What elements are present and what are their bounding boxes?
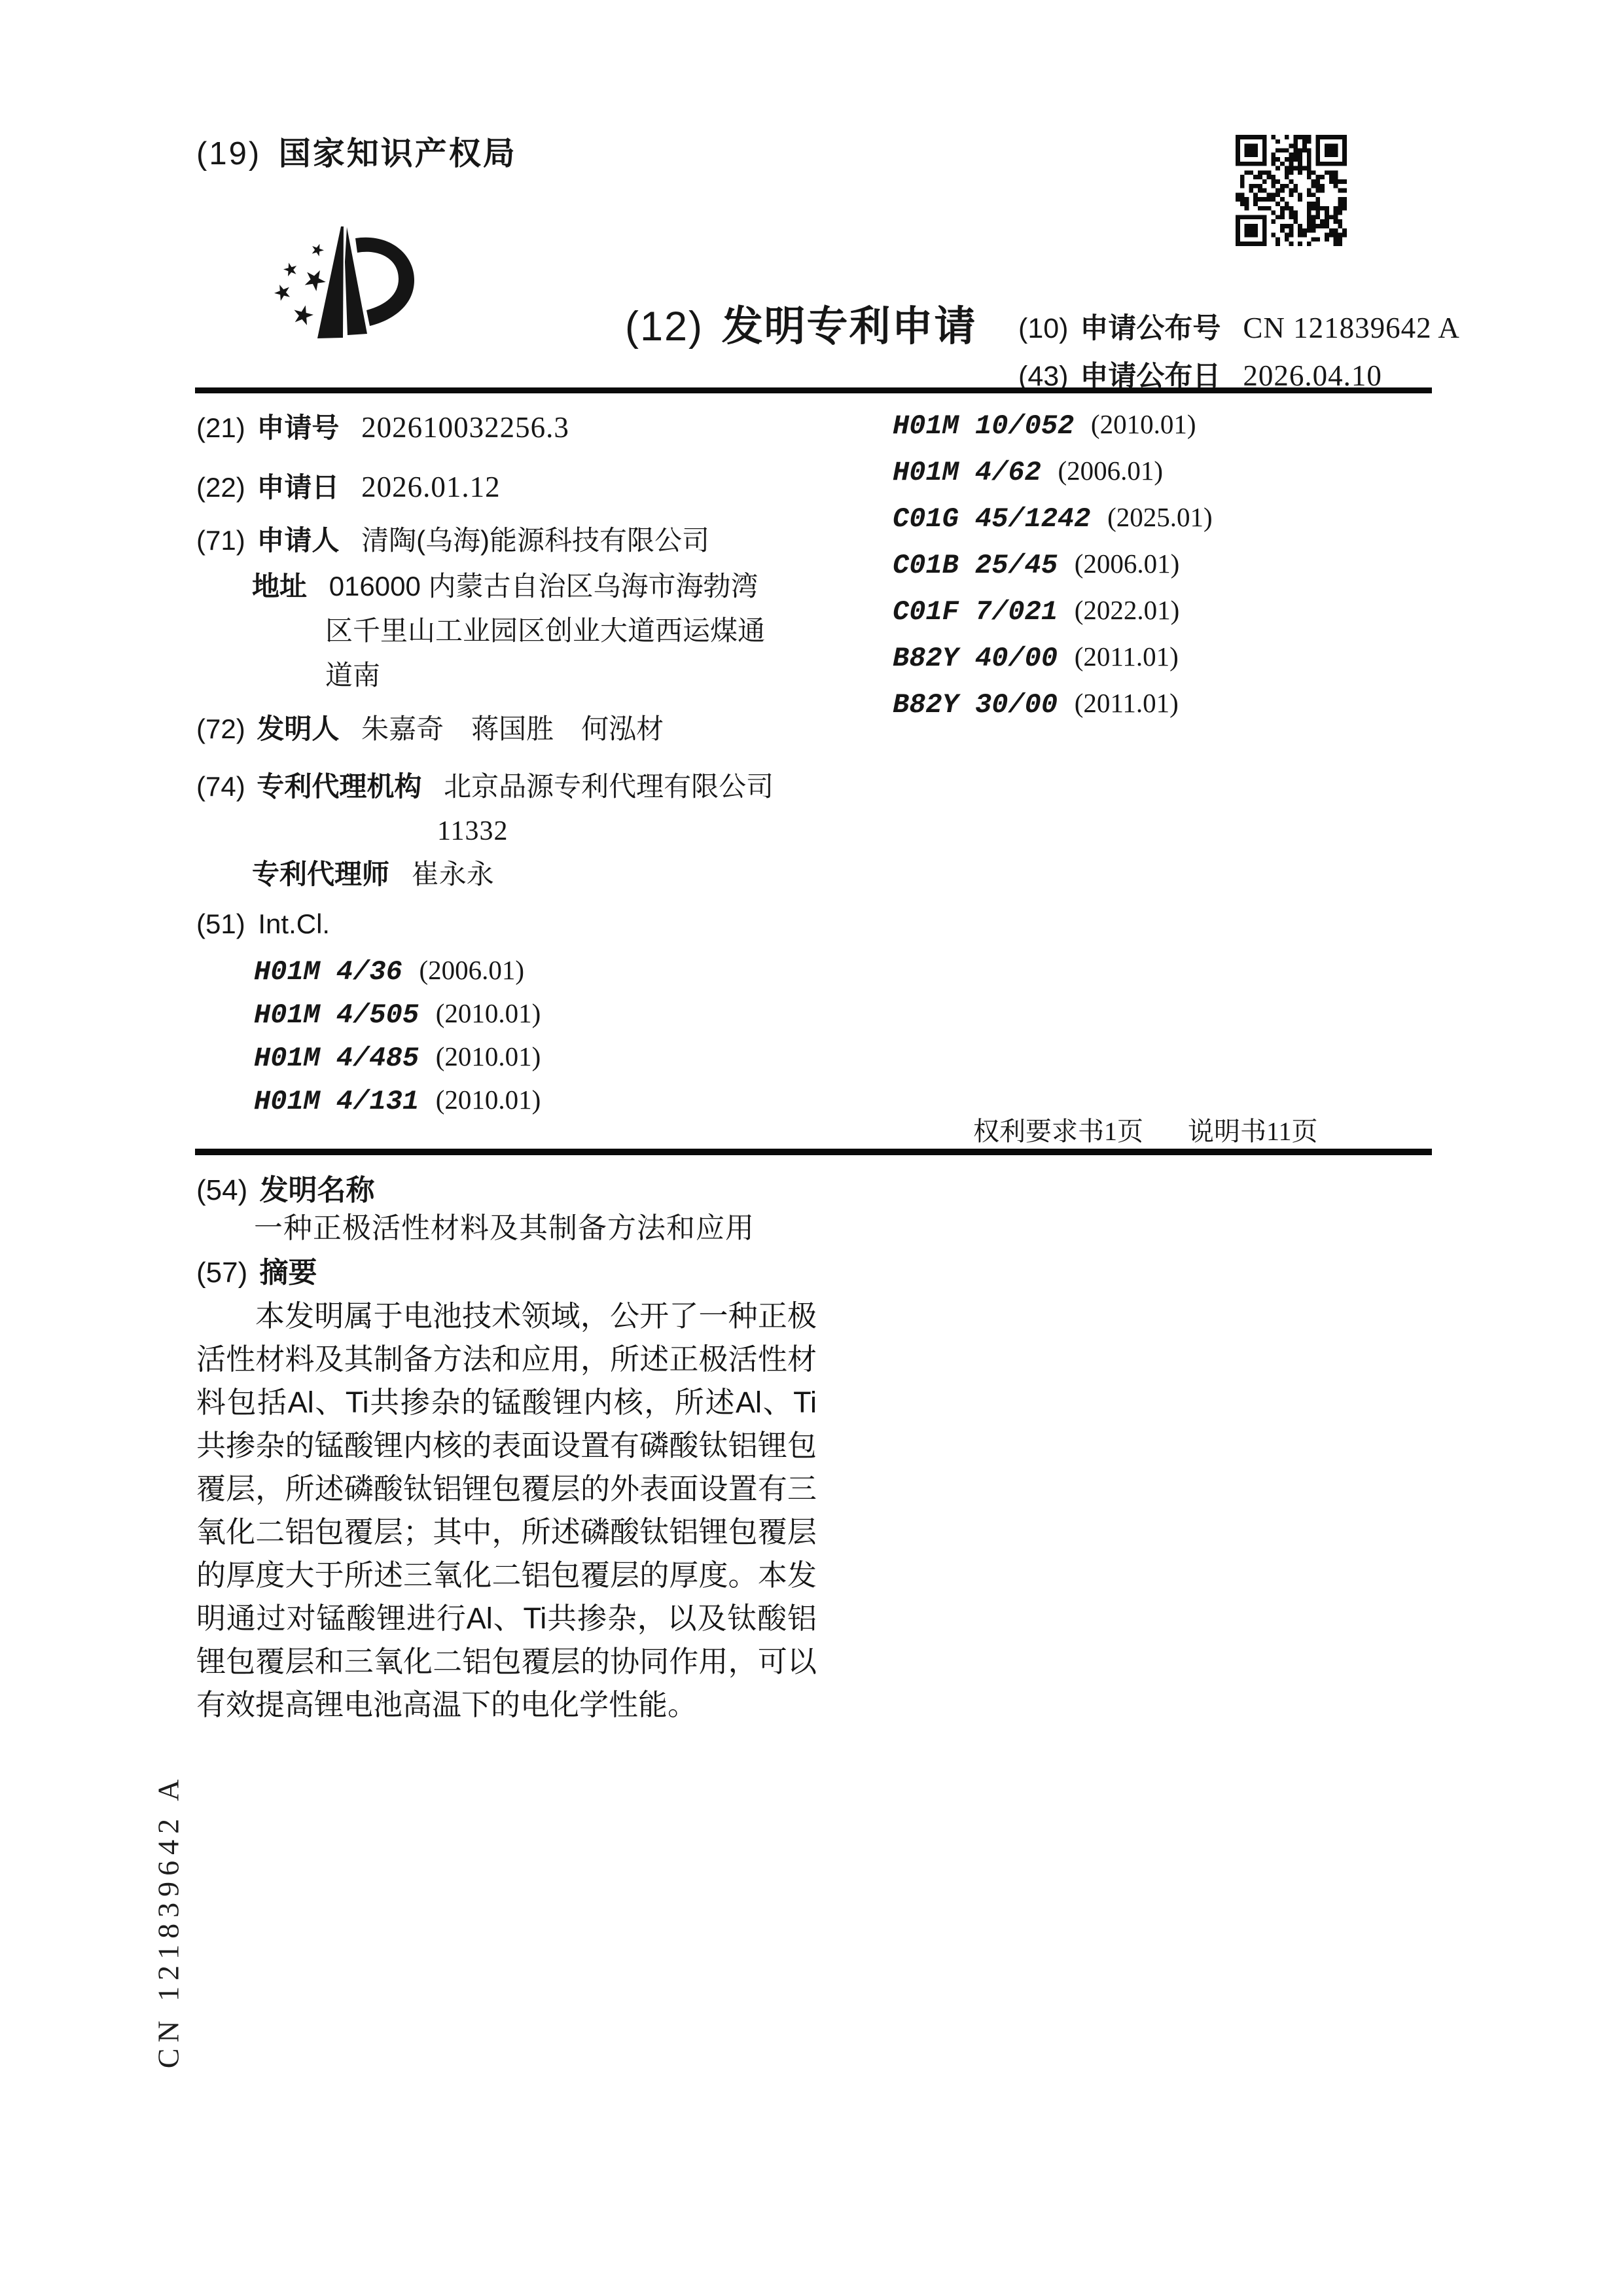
ipc-code: B82Y 30/00 xyxy=(893,689,1058,721)
doc-type-text: 发明专利申请 xyxy=(722,304,977,350)
ipc-version: (2010.01) xyxy=(1091,409,1196,439)
ipc-item: H01M 10/052 (2010.01) xyxy=(893,407,1196,444)
applicant-prefix: (71) xyxy=(196,525,245,556)
patent-front-page: (19) 国家知识产权局 (12) 发明专利申请 (10) 申请公布号 CN 1… xyxy=(0,0,1623,2296)
abstract-text: 本发明属于电池技术领域，公开了一种正极活性材料及其制备方法和应用，所述正极活性材… xyxy=(196,1295,817,1727)
applicant-label: 申请人 xyxy=(257,525,339,556)
cnipa-logo-icon xyxy=(272,221,419,344)
agency-code: 11332 xyxy=(437,814,508,849)
app-date-prefix: (22) xyxy=(196,472,245,503)
pages-note: 权利要求书1页 说明书11页 xyxy=(973,1111,1318,1148)
agency-name: 北京品源专利代理有限公司 xyxy=(444,771,774,802)
application-date: 2026.01.12 xyxy=(361,471,501,503)
ipc-item: H01M 4/62 (2006.01) xyxy=(893,454,1163,490)
divider-top xyxy=(195,387,1432,393)
inventors-label: 发明人 xyxy=(257,713,339,744)
ipc-version: (2006.01) xyxy=(419,955,525,985)
address-line-1: 016000 内蒙古自治区乌海市海勃湾 xyxy=(329,571,758,601)
ipc-version: (2010.01) xyxy=(436,1085,541,1115)
ipc-version: (2025.01) xyxy=(1107,502,1213,532)
divider-middle xyxy=(195,1149,1432,1155)
ipc-version: (2022.01) xyxy=(1075,595,1180,625)
inventors-names: 朱嘉奇 蒋国胜 何泓材 xyxy=(361,713,664,744)
ipc-code: H01M 4/62 xyxy=(893,457,1041,488)
ipc-code: C01G 45/1242 xyxy=(893,503,1090,535)
intcl-prefix: (51) xyxy=(196,908,245,939)
ipc-item: B82Y 40/00 (2011.01) xyxy=(893,639,1179,676)
field-address: 地址 016000 内蒙古自治区乌海市海勃湾 xyxy=(252,569,758,604)
ipc-code: H01M 4/36 xyxy=(254,956,402,988)
application-number: 202610032256.3 xyxy=(361,411,569,444)
ipc-code: C01F 7/021 xyxy=(893,596,1058,628)
ipc-version: (2006.01) xyxy=(1075,548,1180,579)
ipc-version: (2006.01) xyxy=(1058,456,1164,486)
ipc-version: (2010.01) xyxy=(436,998,541,1028)
field-application-number: (21) 申请号 202610032256.3 xyxy=(196,409,569,446)
intcl-item: H01M 4/36 (2006.01) xyxy=(254,953,524,990)
field-agency: (74) 专利代理机构 北京品源专利代理有限公司 xyxy=(196,770,774,804)
qr-code xyxy=(1236,135,1347,246)
agency-label: 专利代理机构 xyxy=(257,771,421,802)
ipc-code: H01M 4/485 xyxy=(254,1043,419,1074)
intcl-item: H01M 4/131 (2010.01) xyxy=(254,1083,541,1119)
ipc-code: H01M 10/052 xyxy=(893,410,1074,442)
side-publication-number: CN 121839642 A xyxy=(151,1774,186,2069)
inventors-prefix: (72) xyxy=(196,713,245,744)
ipc-item: B82Y 30/00 (2011.01) xyxy=(893,686,1179,723)
doc-type-prefix: (12) xyxy=(625,304,704,350)
publication-number: CN 121839642 A xyxy=(1243,312,1460,344)
agent-label: 专利代理师 xyxy=(252,859,389,889)
agency-prefix: (74) xyxy=(196,771,245,802)
app-no-label: 申请号 xyxy=(257,412,339,443)
document-type-title: (12) 发明专利申请 xyxy=(625,293,977,353)
ipc-version: (2010.01) xyxy=(436,1041,541,1071)
field-agent: 专利代理师 崔永永 xyxy=(252,857,494,892)
applicant-name: 清陶(乌海)能源科技有限公司 xyxy=(361,525,709,556)
claims-pages: 权利要求书1页 xyxy=(973,1117,1143,1146)
office-prefix: (19) xyxy=(196,136,261,171)
pub-no-label: 申请公布号 xyxy=(1080,313,1221,344)
abstract-section-label: (57) 摘要 xyxy=(196,1249,317,1291)
title-label-text: 发明名称 xyxy=(259,1174,374,1206)
intcl-item: H01M 4/505 (2010.01) xyxy=(254,996,541,1033)
ipc-code: H01M 4/131 xyxy=(254,1086,419,1117)
ipc-item: C01F 7/021 (2022.01) xyxy=(893,593,1179,630)
ipc-code: B82Y 40/00 xyxy=(893,643,1058,674)
description-pages: 说明书11页 xyxy=(1188,1117,1318,1146)
field-inventors: (72) 发明人 朱嘉奇 蒋国胜 何泓材 xyxy=(196,712,664,747)
field-application-date: (22) 申请日 2026.01.12 xyxy=(196,469,501,505)
address-label: 地址 xyxy=(252,571,307,601)
app-no-prefix: (21) xyxy=(196,412,245,443)
address-line-3: 道南 xyxy=(325,658,380,693)
title-label-prefix: (54) xyxy=(196,1174,247,1206)
agent-name: 崔永永 xyxy=(412,859,494,889)
publication-number-line: (10) 申请公布号 CN 121839642 A xyxy=(1018,306,1460,346)
field-applicant: (71) 申请人 清陶(乌海)能源科技有限公司 xyxy=(196,524,709,558)
intcl-item: H01M 4/485 (2010.01) xyxy=(254,1039,541,1076)
ipc-code: C01B 25/45 xyxy=(893,550,1058,581)
intcl-label: Int.Cl. xyxy=(258,908,330,939)
office-line: (19) 国家知识产权局 xyxy=(196,128,517,174)
address-line-2: 区千里山工业园区创业大道西运煤通 xyxy=(325,614,765,649)
pub-no-prefix: (10) xyxy=(1018,313,1068,344)
field-intcl: (51) Int.Cl. xyxy=(196,907,330,942)
ipc-code: H01M 4/505 xyxy=(254,999,419,1031)
office-name: 国家知识产权局 xyxy=(279,136,517,171)
title-section-label: (54) 发明名称 xyxy=(196,1166,374,1208)
ipc-version: (2011.01) xyxy=(1075,641,1179,672)
abstract-label-text: 摘要 xyxy=(259,1257,317,1289)
app-date-label: 申请日 xyxy=(257,472,339,503)
ipc-item: C01G 45/1242 (2025.01) xyxy=(893,500,1213,537)
ipc-item: C01B 25/45 (2006.01) xyxy=(893,547,1179,583)
ipc-version: (2011.01) xyxy=(1075,688,1179,718)
abstract-label-prefix: (57) xyxy=(196,1257,247,1289)
invention-title: 一种正极活性材料及其制备方法和应用 xyxy=(254,1204,755,1246)
